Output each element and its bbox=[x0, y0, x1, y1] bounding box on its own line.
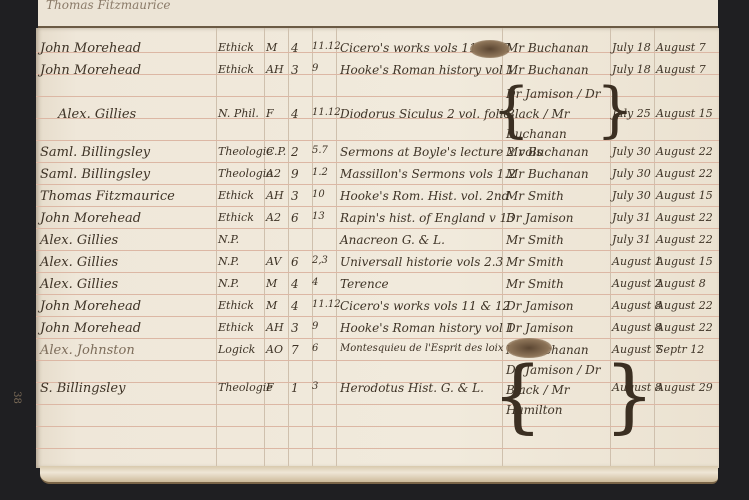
brace-mark: } bbox=[596, 80, 634, 140]
ledger-page: John MoreheadEthickM411.12Cicero's works… bbox=[36, 28, 719, 468]
ink-blot bbox=[470, 40, 510, 58]
brace-mark: { bbox=[492, 80, 530, 140]
folio-number: 38 bbox=[11, 391, 22, 404]
ledger-entry: John MoreheadEthickA2613Rapin's hist. of… bbox=[36, 208, 719, 230]
ledger-entry: Alex. GilliesN.P.AV62,3Universall histor… bbox=[36, 252, 719, 274]
page-edge bbox=[40, 466, 718, 484]
previous-page-text: Thomas Fitzmaurice bbox=[46, 0, 170, 12]
ledger-entry: Saml. BillingsleyTheologieA291.2Massillo… bbox=[36, 164, 719, 186]
ledger-entry: John MoreheadEthickAH39Hooke's Roman his… bbox=[36, 318, 719, 340]
ledger-entry: John MoreheadEthickM411.12Cicero's works… bbox=[36, 296, 719, 318]
brace-mark: } bbox=[604, 356, 655, 436]
ledger-entry: Alex. GilliesN.P.M44TerenceMr SmithAugus… bbox=[36, 274, 719, 296]
ink-blot bbox=[506, 338, 552, 358]
ledger-entry: Alex. GilliesN.P.Anacreon G. & L.Mr Smit… bbox=[36, 230, 719, 252]
previous-page-strip: Thomas Fitzmaurice bbox=[38, 0, 718, 28]
brace-mark: { bbox=[492, 356, 543, 436]
ledger-entry: John MoreheadEthickM411.12Cicero's works… bbox=[36, 38, 719, 60]
ledger-entry: Thomas FitzmauriceEthickAH310Hooke's Rom… bbox=[36, 186, 719, 208]
ledger-entry: Saml. BillingsleyTheologieC.P.25.7Sermon… bbox=[36, 142, 719, 164]
